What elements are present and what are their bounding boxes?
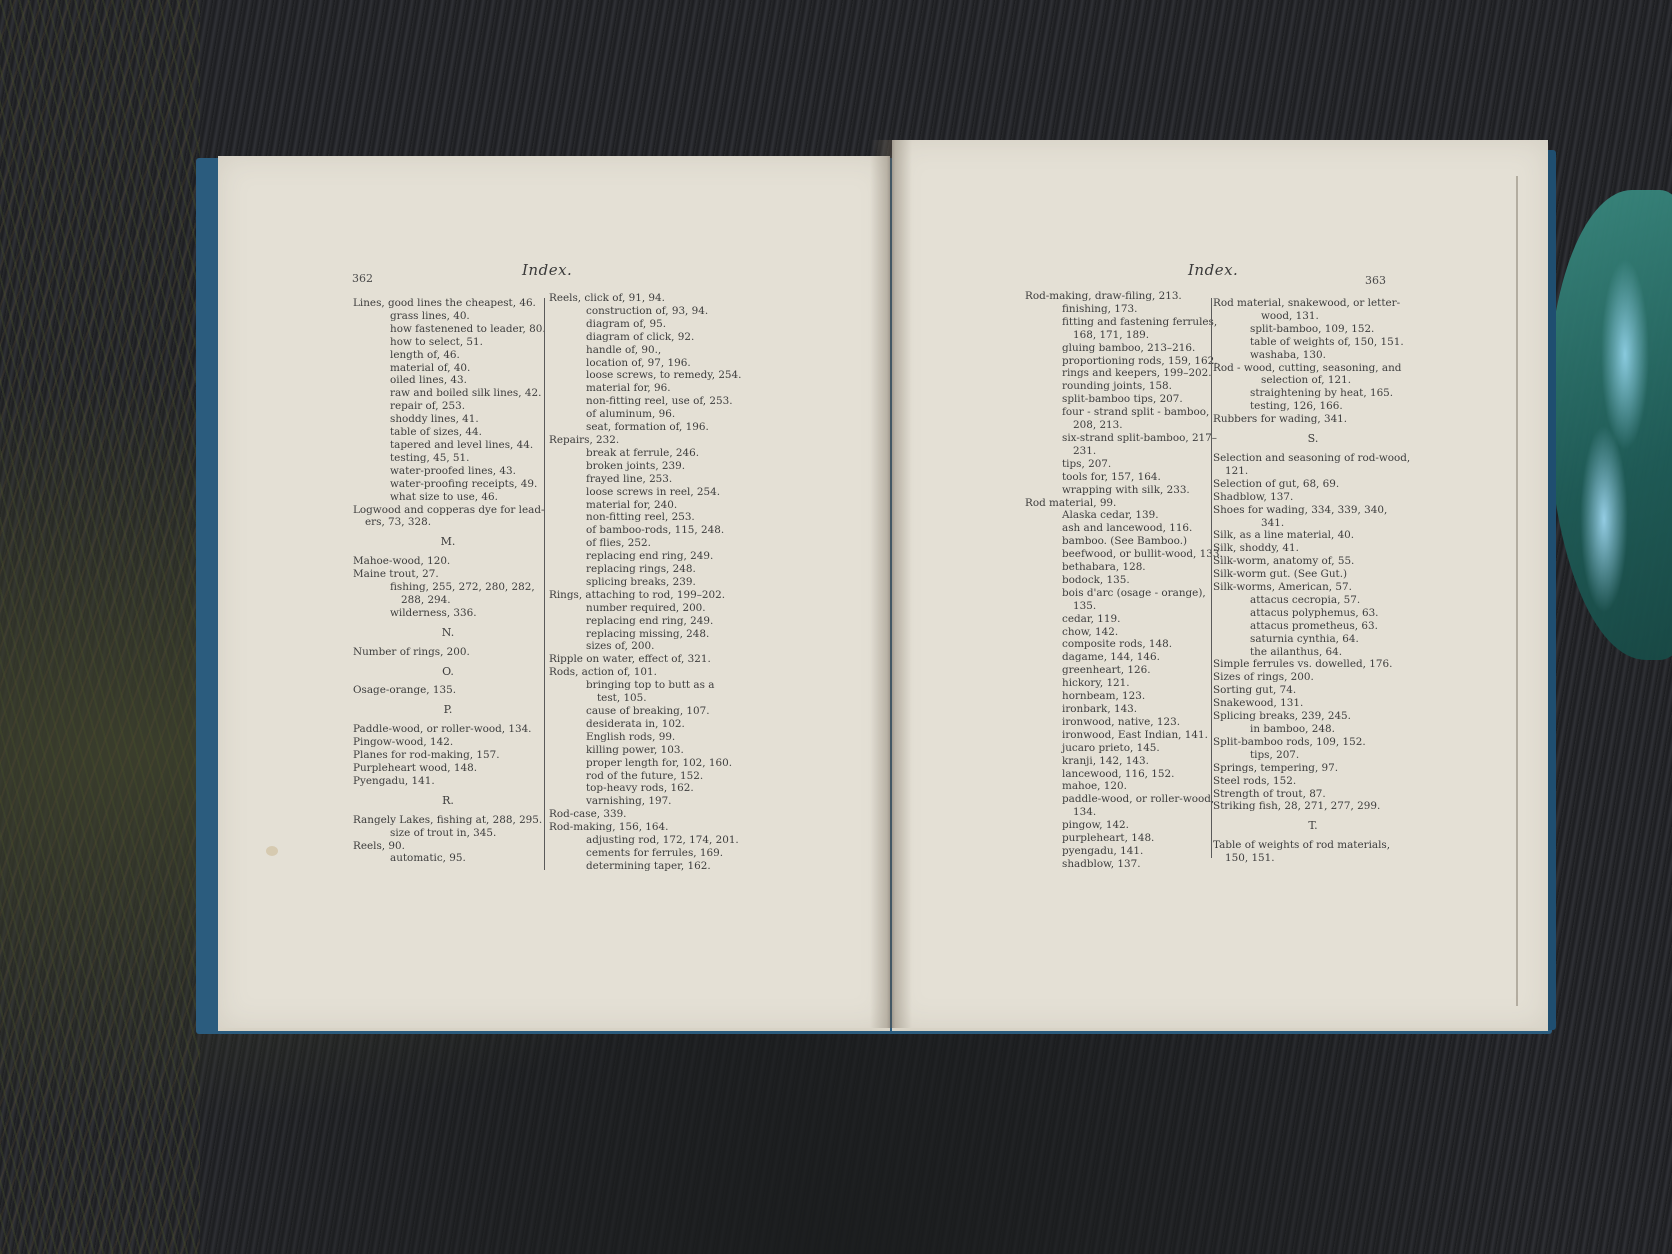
index-subentry: testing, 45, 51. [353, 452, 543, 465]
index-subentry: hornbeam, 123. [1025, 690, 1210, 703]
index-subentry: raw and boiled silk lines, 42. [353, 387, 543, 400]
index-entry: Shoes for wading, 334, 339, 340, [1213, 504, 1413, 517]
index-subentry: diagram of, 95. [549, 318, 749, 331]
index-subentry: English rods, 99. [549, 731, 749, 744]
index-subentry: bamboo. (See Bamboo.) [1025, 535, 1210, 548]
index-entry: Reels, click of, 91, 94. [549, 292, 749, 305]
index-subentry: washaba, 130. [1213, 349, 1413, 362]
index-subentry: replacing rings, 248. [549, 563, 749, 576]
index-subentry: rings and keepers, 199–202. [1025, 367, 1210, 380]
index-subentry: attacus prometheus, 63. [1213, 620, 1413, 633]
index-entry: Number of rings, 200. [353, 646, 543, 659]
index-subentry: size of trout in, 345. [353, 827, 543, 840]
index-entry: Rods, action of, 101. [549, 666, 749, 679]
index-subentry: of bamboo-rods, 115, 248. [549, 524, 749, 537]
index-section-letter: O. [353, 666, 543, 679]
index-subentry: water-proofing receipts, 49. [353, 478, 543, 491]
index-subentry: kranji, 142, 143. [1025, 755, 1210, 768]
index-entry: Rings, attaching to rod, 199–202. [549, 589, 749, 602]
index-subentry: how fastenened to leader, 80. [353, 323, 543, 336]
index-entry: Pyengadu, 141. [353, 775, 543, 788]
index-entry: Reels, 90. [353, 840, 543, 853]
index-entry: Mahoe-wood, 120. [353, 555, 543, 568]
running-head-right: Index. [1188, 261, 1238, 279]
running-head-left: Index. [522, 261, 572, 279]
index-subentry: loose screws, to remedy, 254. [549, 369, 749, 382]
index-subentry: wilderness, 336. [353, 607, 543, 620]
index-subentry: ironwood, native, 123. [1025, 716, 1210, 729]
index-subentry: composite rods, 148. [1025, 638, 1210, 651]
index-subentry: desiderata in, 102. [549, 718, 749, 731]
grass-background [0, 0, 200, 1254]
page-number-right: 363 [1365, 274, 1386, 287]
index-subentry: non-fitting reel, 253. [549, 511, 749, 524]
index-subentry: attacus cecropia, 57. [1213, 594, 1413, 607]
index-subentry: table of weights of, 150, 151. [1213, 336, 1413, 349]
index-section-letter: P. [353, 704, 543, 717]
index-subentry: loose screws in reel, 254. [549, 486, 749, 499]
index-subentry: chow, 142. [1025, 626, 1210, 639]
index-subentry: shoddy lines, 41. [353, 413, 543, 426]
index-subentry: six-strand split-bamboo, 217– [1025, 432, 1210, 445]
index-entry: Selection and seasoning of rod-wood, [1213, 452, 1413, 465]
index-subentry: proportioning rods, 159, 162. [1025, 355, 1210, 368]
column-rule-right [1211, 298, 1212, 858]
index-subentry: 134. [1025, 806, 1210, 819]
page-number-left: 362 [352, 272, 373, 285]
index-subentry: what size to use, 46. [353, 491, 543, 504]
index-subentry: test, 105. [549, 692, 749, 705]
index-subentry: how to select, 51. [353, 336, 543, 349]
index-subentry: break at ferrule, 246. [549, 447, 749, 460]
index-subentry: adjusting rod, 172, 174, 201. [549, 834, 749, 847]
index-subentry: varnishing, 197. [549, 795, 749, 808]
index-subentry: attacus polyphemus, 63. [1213, 607, 1413, 620]
index-subentry: the ailanthus, 64. [1213, 646, 1413, 659]
index-subentry: ash and lancewood, 116. [1025, 522, 1210, 535]
index-subentry: handle of, 90., [549, 344, 749, 357]
index-subentry: rod of the future, 152. [549, 770, 749, 783]
index-subentry: diagram of click, 92. [549, 331, 749, 344]
index-entry: Rod-making, draw-filing, 213. [1025, 290, 1210, 303]
index-entry: Rod material, snakewood, or letter- [1213, 297, 1413, 310]
glass-object [1548, 190, 1672, 660]
index-entry: Snakewood, 131. [1213, 697, 1413, 710]
index-entry: Rod material, 99. [1025, 497, 1210, 510]
index-subentry: fishing, 255, 272, 280, 282, [353, 581, 543, 594]
index-subentry: pyengadu, 141. [1025, 845, 1210, 858]
index-subentry: rounding joints, 158. [1025, 380, 1210, 393]
index-subentry: finishing, 173. [1025, 303, 1210, 316]
index-subentry: 288, 294. [353, 594, 543, 607]
index-subentry: Alaska cedar, 139. [1025, 509, 1210, 522]
index-subentry: water-proofed lines, 43. [353, 465, 543, 478]
index-entry: Silk-worms, American, 57. [1213, 581, 1413, 594]
index-subentry: pingow, 142. [1025, 819, 1210, 832]
index-entry: Silk, as a line material, 40. [1213, 529, 1413, 542]
index-entry: Steel rods, 152. [1213, 775, 1413, 788]
foxing-spot [266, 846, 278, 856]
index-subentry: greenheart, 126. [1025, 664, 1210, 677]
index-subentry: tips, 207. [1213, 749, 1413, 762]
index-subentry: top-heavy rods, 162. [549, 782, 749, 795]
index-subentry: ers, 73, 328. [353, 516, 543, 529]
index-subentry: cause of breaking, 107. [549, 705, 749, 718]
index-subentry: cements for ferrules, 169. [549, 847, 749, 860]
index-subentry: beefwood, or bullit-wood, 133. [1025, 548, 1210, 561]
index-entry: Purpleheart wood, 148. [353, 762, 543, 775]
index-entry: Maine trout, 27. [353, 568, 543, 581]
index-section-letter: N. [353, 627, 543, 640]
column-rule-left [544, 298, 545, 870]
index-subentry: jucaro prieto, 145. [1025, 742, 1210, 755]
index-entry: Strength of trout, 87. [1213, 788, 1413, 801]
index-entry: Rod-case, 339. [549, 808, 749, 821]
index-entry: Rod - wood, cutting, seasoning, and [1213, 362, 1413, 375]
index-subentry: grass lines, 40. [353, 310, 543, 323]
index-subentry: paddle-wood, or roller-wood, [1025, 793, 1210, 806]
index-subentry: killing power, 103. [549, 744, 749, 757]
index-subentry: table of sizes, 44. [353, 426, 543, 439]
index-subentry: four - strand split - bamboo, [1025, 406, 1210, 419]
index-entry: Table of weights of rod materials, [1213, 839, 1413, 852]
index-subentry: determining taper, 162. [549, 860, 749, 873]
index-subentry: replacing end ring, 249. [549, 550, 749, 563]
index-column-left-1: Lines, good lines the cheapest, 46.grass… [353, 297, 543, 865]
book-gutter [870, 140, 912, 1028]
index-subentry: frayed line, 253. [549, 473, 749, 486]
index-entry: Split-bamboo rods, 109, 152. [1213, 736, 1413, 749]
index-entry: Paddle-wood, or roller-wood, 134. [353, 723, 543, 736]
index-subentry: cedar, 119. [1025, 613, 1210, 626]
index-subentry: fitting and fastening ferrules, [1025, 316, 1210, 329]
index-subentry: 208, 213. [1025, 419, 1210, 432]
index-entry: Pingow-wood, 142. [353, 736, 543, 749]
index-subentry: broken joints, 239. [549, 460, 749, 473]
index-subentry: mahoe, 120. [1025, 780, 1210, 793]
index-entry: Sizes of rings, 200. [1213, 671, 1413, 684]
index-subentry: straightening by heat, 165. [1213, 387, 1413, 400]
index-subentry: 168, 171, 189. [1025, 329, 1210, 342]
index-subentry: hickory, 121. [1025, 677, 1210, 690]
index-subentry: 231. [1025, 445, 1210, 458]
index-subentry: sizes of, 200. [549, 640, 749, 653]
index-section-letter: R. [353, 795, 543, 808]
index-subentry: oiled lines, 43. [353, 374, 543, 387]
index-subentry: non-fitting reel, use of, 253. [549, 395, 749, 408]
index-subentry: lancewood, 116, 152. [1025, 768, 1210, 781]
index-entry: Silk, shoddy, 41. [1213, 542, 1413, 555]
index-entry: Silk-worm gut. (See Gut.) [1213, 568, 1413, 581]
index-subentry: dagame, 144, 146. [1025, 651, 1210, 664]
index-subentry: 341. [1213, 517, 1413, 530]
index-entry: Sorting gut, 74. [1213, 684, 1413, 697]
index-subentry: bodock, 135. [1025, 574, 1210, 587]
index-column-left-2: Reels, click of, 91, 94.construction of,… [549, 292, 749, 873]
index-subentry: tools for, 157, 164. [1025, 471, 1210, 484]
index-subentry: tips, 207. [1025, 458, 1210, 471]
index-subentry: replacing end ring, 249. [549, 615, 749, 628]
index-subentry: material for, 240. [549, 499, 749, 512]
index-subentry: of flies, 252. [549, 537, 749, 550]
index-entry: Splicing breaks, 239, 245. [1213, 710, 1413, 723]
index-entry: Planes for rod-making, 157. [353, 749, 543, 762]
index-entry: Ripple on water, effect of, 321. [549, 653, 749, 666]
index-entry: Repairs, 232. [549, 434, 749, 447]
index-subentry: location of, 97, 196. [549, 357, 749, 370]
index-subentry: material of, 40. [353, 362, 543, 375]
index-entry: Logwood and copperas dye for lead- [353, 504, 543, 517]
index-subentry: purpleheart, 148. [1025, 832, 1210, 845]
index-subentry: shadblow, 137. [1025, 858, 1210, 871]
index-section-letter: S. [1213, 433, 1413, 446]
index-section-letter: T. [1213, 820, 1413, 833]
index-subentry: of aluminum, 96. [549, 408, 749, 421]
index-subentry: split-bamboo tips, 207. [1025, 393, 1210, 406]
index-subentry: construction of, 93, 94. [549, 305, 749, 318]
index-subentry: selection of, 121. [1213, 374, 1413, 387]
index-subentry: bethabara, 128. [1025, 561, 1210, 574]
index-entry: Rod-making, 156, 164. [549, 821, 749, 834]
index-subentry: gluing bamboo, 213–216. [1025, 342, 1210, 355]
index-entry: Lines, good lines the cheapest, 46. [353, 297, 543, 310]
index-subentry: 135. [1025, 600, 1210, 613]
index-subentry: splicing breaks, 239. [549, 576, 749, 589]
index-entry: Osage-orange, 135. [353, 684, 543, 697]
index-entry: Rangely Lakes, fishing at, 288, 295. [353, 814, 543, 827]
index-subentry: wood, 131. [1213, 310, 1413, 323]
index-entry: Rubbers for wading, 341. [1213, 413, 1413, 426]
index-subentry: testing, 126, 166. [1213, 400, 1413, 413]
fore-edge-line [1516, 176, 1518, 1006]
index-subentry: ironwood, East Indian, 141. [1025, 729, 1210, 742]
index-subentry: proper length for, 102, 160. [549, 757, 749, 770]
index-subentry: 121. [1213, 465, 1413, 478]
index-entry: Simple ferrules vs. dowelled, 176. [1213, 658, 1413, 671]
index-column-right-1: Rod-making, draw-filing, 213.finishing, … [1025, 290, 1210, 871]
index-subentry: material for, 96. [549, 382, 749, 395]
index-entry: Silk-worm, anatomy of, 55. [1213, 555, 1413, 568]
index-subentry: replacing missing, 248. [549, 628, 749, 641]
index-entry: Springs, tempering, 97. [1213, 762, 1413, 775]
index-subentry: in bamboo, 248. [1213, 723, 1413, 736]
index-column-right-2: Rod material, snakewood, or letter-wood,… [1213, 297, 1413, 865]
index-subentry: repair of, 253. [353, 400, 543, 413]
index-subentry: tapered and level lines, 44. [353, 439, 543, 452]
index-subentry: length of, 46. [353, 349, 543, 362]
index-subentry: split-bamboo, 109, 152. [1213, 323, 1413, 336]
index-subentry: automatic, 95. [353, 852, 543, 865]
index-subentry: wrapping with silk, 233. [1025, 484, 1210, 497]
index-subentry: ironbark, 143. [1025, 703, 1210, 716]
index-entry: Selection of gut, 68, 69. [1213, 478, 1413, 491]
index-subentry: seat, formation of, 196. [549, 421, 749, 434]
index-subentry: number required, 200. [549, 602, 749, 615]
index-entry: Shadblow, 137. [1213, 491, 1413, 504]
index-subentry: bois d'arc (osage - orange), [1025, 587, 1210, 600]
index-subentry: bringing top to butt as a [549, 679, 749, 692]
index-subentry: saturnia cynthia, 64. [1213, 633, 1413, 646]
index-entry: Striking fish, 28, 271, 277, 299. [1213, 800, 1413, 813]
index-section-letter: M. [353, 536, 543, 549]
index-subentry: 150, 151. [1213, 852, 1413, 865]
